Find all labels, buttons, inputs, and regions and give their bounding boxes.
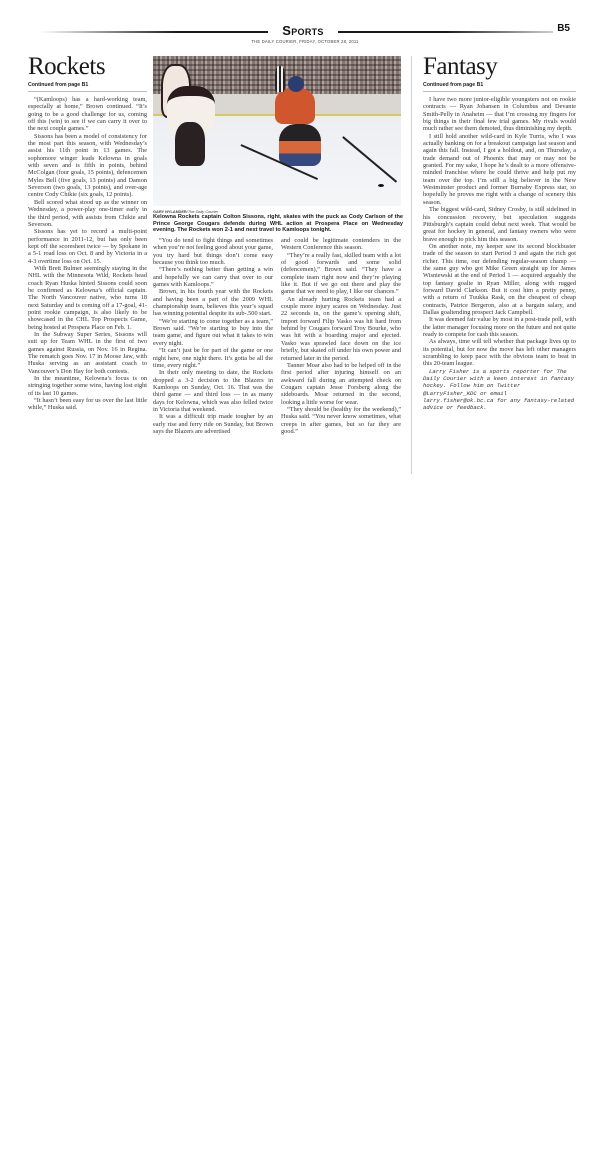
paragraph: It was a difficult trip made tougher by … [153, 413, 273, 435]
masthead-rule-right [338, 31, 553, 33]
paragraph: and could be legitimate contenders in th… [281, 237, 401, 252]
paragraph: The biggest wild-card, Sidney Crosby, is… [423, 206, 576, 243]
paragraph: Brown, in his fourth year with the Rocke… [153, 288, 273, 317]
paragraph: I still hold another wild-card in Kyle T… [423, 133, 576, 206]
paragraph: Sissons has been a model of consistency … [28, 133, 147, 199]
paragraph: It was deemed fair value by most in a po… [423, 316, 576, 338]
rockets-headline: Rockets [28, 54, 105, 79]
referee [275, 66, 285, 92]
hockey-photo [153, 56, 401, 206]
paragraph: “It can’t just be for part of the game o… [153, 347, 273, 369]
rockets-continued-label: Continued from page B1 [28, 82, 88, 88]
paragraph: “(Kamloops) has a hard-working team, esp… [28, 96, 147, 133]
author-bio: Larry Fisher is a sports reporter for Th… [423, 368, 576, 412]
paragraph: As always, time will tell whether that p… [423, 338, 576, 367]
paragraph: “You do tend to fight things and sometim… [153, 237, 273, 266]
paragraph: “They should be (healthy for the weekend… [281, 406, 401, 435]
paragraph: I have two more junior-eligible youngste… [423, 96, 576, 133]
column-divider [411, 56, 412, 474]
paragraph: In the Subway Super Series, Sissons will… [28, 331, 147, 375]
fantasy-continued-label: Continued from page B1 [423, 82, 483, 88]
page-masthead: Sports B5 THE DAILY COURIER, FRIDAY, OCT… [40, 24, 570, 48]
paragraph: “We’re starting to come together as a te… [153, 318, 273, 347]
paragraph: Sissons has yet to record a multi-point … [28, 228, 147, 265]
section-title: Sports [271, 23, 335, 38]
rockets-column-2: “You do tend to fight things and sometim… [153, 237, 273, 435]
page-number: B5 [557, 23, 570, 34]
paragraph: “They’re a really fast, skilled team wit… [281, 252, 401, 296]
fantasy-rule [423, 91, 576, 92]
player-rockets-legs [279, 124, 321, 166]
fantasy-headline: Fantasy [423, 54, 497, 79]
paragraph: In the meantime, Kelowna’s focus is on s… [28, 375, 147, 397]
paragraph: Tanner Moar also had to be helped off in… [281, 362, 401, 406]
rockets-column-3: and could be legitimate contenders in th… [281, 237, 401, 435]
player-rockets-helmet [288, 76, 304, 92]
masthead-rule-left [40, 31, 268, 33]
fantasy-column: I have two more junior-eligible youngste… [423, 96, 576, 412]
photo-caption: Kelowna Rockets captain Colton Sissons, … [153, 214, 403, 234]
paragraph: “It hasn’t been easy for us over the las… [28, 397, 147, 412]
dateline: THE DAILY COURIER, FRIDAY, OCTOBER 28, 2… [40, 39, 570, 44]
paragraph: Bell scored what stood up as the winner … [28, 199, 147, 228]
paragraph: With Brett Bulmer seemingly staying in t… [28, 265, 147, 331]
paragraph: On another note, my keeper saw its secon… [423, 243, 576, 316]
paragraph: An already hurting Rockets team had a co… [281, 296, 401, 362]
player-rockets-jersey [275, 88, 315, 124]
rockets-column-1: “(Kamloops) has a hard-working team, esp… [28, 96, 147, 412]
paragraph: In their only meeting to date, the Rocke… [153, 369, 273, 413]
paragraph: “There’s nothing better than getting a w… [153, 266, 273, 288]
player-cougars-legs [175, 122, 205, 166]
rockets-rule [28, 91, 147, 92]
puck-icon [378, 184, 384, 187]
